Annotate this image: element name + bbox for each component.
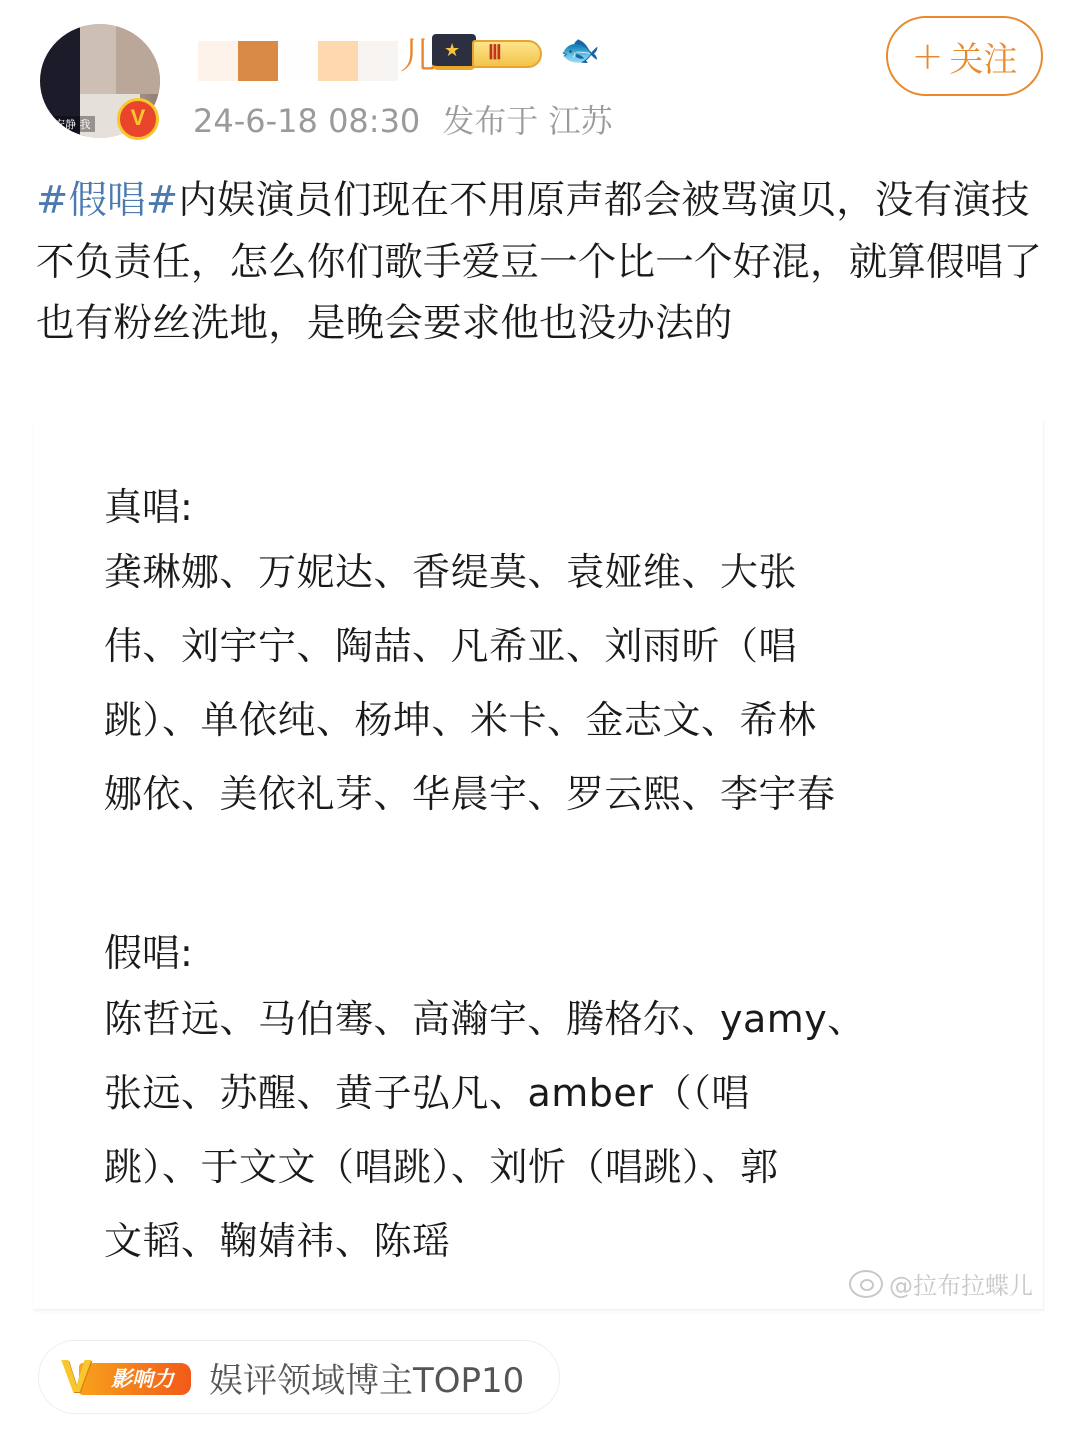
level-tag: Ⅲ — [472, 40, 542, 68]
list-line: 伟、刘宇宁、陶喆、凡希亚、刘雨昕（唱 — [104, 609, 984, 683]
follow-button[interactable]: + 关注 — [886, 16, 1043, 96]
list-line: 张远、苏醒、黄子弘凡、amber（（唱 — [104, 1056, 984, 1130]
plus-icon: + — [912, 37, 944, 75]
section-title-real: 真唱: — [104, 476, 193, 531]
star-icon: ★ — [444, 42, 460, 60]
post-location: 发布于 江苏 — [442, 102, 612, 140]
section-title-fake: 假唱: — [104, 922, 193, 977]
post-image[interactable]: 真唱: 龚琳娜、万妮达、香缇莫、袁娅维、大张 伟、刘宇宁、陶喆、凡希亚、刘雨昕（… — [34, 420, 1044, 1310]
fish-icon[interactable]: 🐟 — [560, 30, 596, 70]
post-body: #假唱#内娱演员们现在不用原声都会被骂演贝，没有演技不负责任，怎么你们歌手爱豆一… — [36, 170, 1046, 355]
watermark-text: @拉布拉蝶儿 — [889, 1266, 1033, 1301]
topic-link[interactable]: #假唱# — [36, 178, 178, 223]
influence-badge: 影响力 V — [61, 1357, 191, 1397]
post-meta: 24-6-18 08:30发布于 江苏 — [193, 96, 612, 142]
username-mosaic — [198, 41, 398, 81]
v-influence-icon: V — [61, 1351, 101, 1401]
list-line: 娜依、美依礼芽、华晨宇、罗云熙、李宇春 — [104, 757, 984, 831]
influence-badge-pill[interactable]: 影响力 V 娱评领域博主TOP10 — [38, 1340, 560, 1414]
watermark: @拉布拉蝶儿 — [849, 1266, 1033, 1301]
list-line: 龚琳娜、万妮达、香缇莫、袁娅维、大张 — [104, 535, 984, 609]
avatar-mosaic — [116, 24, 160, 94]
weibo-post: 安静 我 V 儿 ★ Ⅲ 🐟 24-6-18 08:30发布于 江苏 + 关注 … — [0, 0, 1079, 1455]
crown-icon: ★ — [432, 34, 476, 70]
username[interactable]: 儿 — [198, 32, 436, 82]
post-text: 内娱演员们现在不用原声都会被骂演贝，没有演技不负责任，怎么你们歌手爱豆一个比一个… — [36, 178, 1042, 346]
avatar-mosaic — [80, 24, 116, 94]
list-line: 跳）、单依纯、杨坤、米卡、金志文、希林 — [104, 683, 984, 757]
post-timestamp: 24-6-18 08:30 — [193, 102, 420, 140]
list-line: 陈哲远、马伯骞、高瀚宇、腾格尔、yamy、 — [104, 982, 984, 1056]
follow-label: 关注 — [949, 32, 1017, 81]
section-list-real: 龚琳娜、万妮达、香缇莫、袁娅维、大张 伟、刘宇宁、陶喆、凡希亚、刘雨昕（唱 跳）… — [104, 535, 984, 831]
avatar-caption: 安静 我 — [50, 116, 95, 132]
verified-v-icon: V — [117, 98, 159, 140]
member-level-badge[interactable]: ★ Ⅲ — [432, 30, 544, 74]
list-line: 跳）、于文文（唱跳）、刘忻（唱跳）、郭 — [104, 1130, 984, 1204]
section-list-fake: 陈哲远、马伯骞、高瀚宇、腾格尔、yamy、 张远、苏醒、黄子弘凡、amber（（… — [104, 982, 984, 1278]
username-suffix: 儿 — [400, 37, 436, 77]
influence-text: 娱评领域博主TOP10 — [209, 1353, 524, 1402]
weibo-logo-icon — [849, 1270, 883, 1298]
